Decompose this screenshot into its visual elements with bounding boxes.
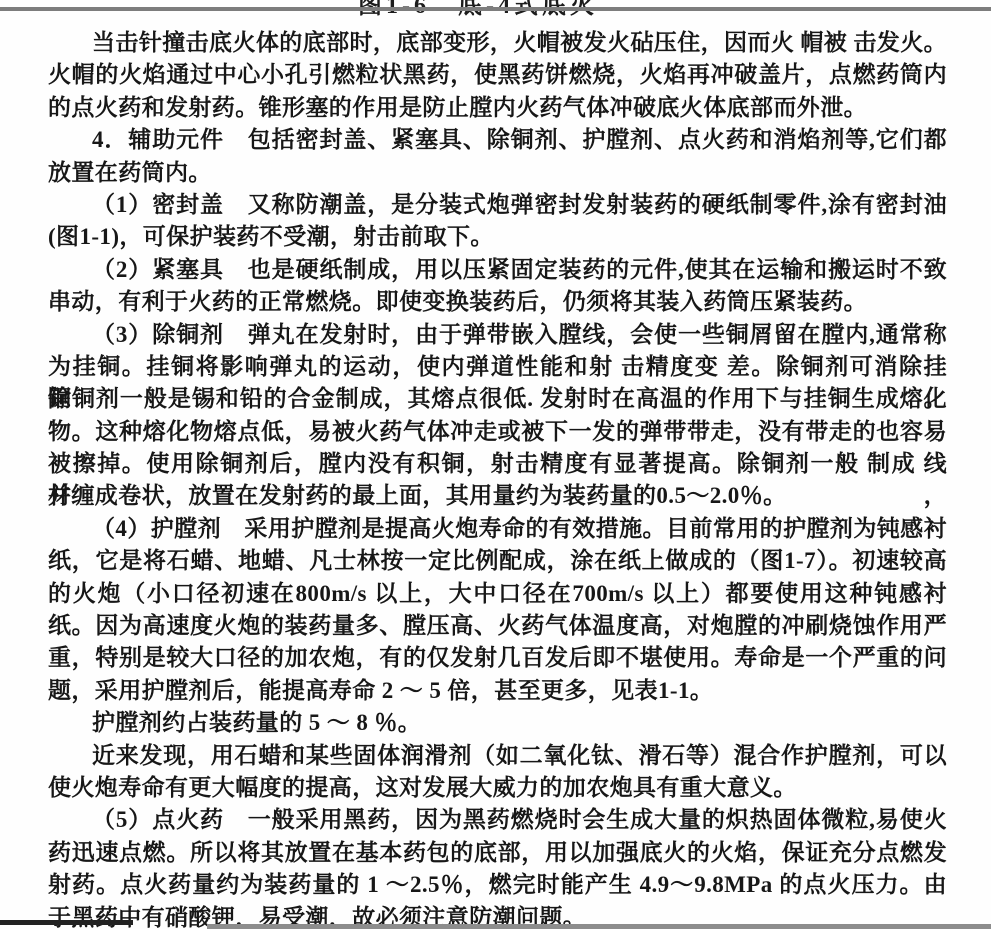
text-line: 4．辅助元件 包括密封盖、紧塞具、除铜剂、护膛剂、点火药和消焰剂等,它们都 [48,124,947,156]
text-line: （1）密封盖 又称防潮盖，是分装式炮弹密封发射装药的硬纸制零件,涂有密封油 [48,189,947,221]
page-bottom-rule-gray [207,924,991,929]
text-line: 射药。点火药量约为装药量的 1 ～2.5％，燃完时能产生 4.9～9.8MPa … [48,869,947,901]
text-line: 药迅速点燃。所以将其放置在基本药包的底部，用以加强底火的火焰，保证充分点燃发 [48,837,947,869]
text-line: （4）护膛剂 采用护膛剂是提高火炮寿命的有效措施。目前常用的护膛剂为钝感衬 [48,513,947,545]
text-line: 护膛剂约占装药量的 5 ～ 8 ％。 [48,707,947,739]
text-line: 重，特别是较大口径的加农炮，有的仅发射几百发后即不堪使用。寿命是一个严重的问 [48,642,947,674]
scanned-document-page: 图1-6 底-4式底火 当击针撞击底火体的底部时，底部变形，火帽被发火砧压住，因… [0,0,991,929]
text-line: （3）除铜剂 弹丸在发射时，由于弹带嵌入膛线，会使一些铜屑留在膛内,通常称 [48,319,947,351]
text-line: 当击针撞击底火体的底部时，底部变形，火帽被发火砧压住，因而火 帽被 击发火。 [48,27,947,59]
text-line: 放置在药筒内。 [48,157,947,189]
document-body: 当击针撞击底火体的底部时，底部变形，火帽被发火砧压住，因而火 帽被 击发火。火帽… [48,27,947,929]
text-line: 除铜剂一般是锡和铅的合金制成，其熔点很低. 发射时在高温的作用下与挂铜生成熔化 [48,383,947,415]
text-line: （2）紧塞具 也是硬纸制成，用以压紧固定装药的元件,使其在运输和搬运时不致 [48,254,947,286]
page-bottom-rule-dark [0,920,133,925]
text-line: （5）点火药 一般采用黑药，因为黑药燃烧时会生成大量的炽热固体微粒,易使火 [48,804,947,836]
text-line: 的点火药和发射药。锥形塞的作用是防止膛内火药气体冲破底火体底部而外泄。 [48,92,947,124]
text-line: 物。这种熔化物熔点低，易被火药气体冲走或被下一发的弹带带走，没有带走的也容易 [48,416,947,448]
text-line: 火帽的火焰通过中心小孔引燃粒状黑药，使黑药饼燃烧，火焰再冲破盖片，点燃药筒内 [48,59,947,91]
text-line: 纸，它是将石蜡、地蜡、凡士林按一定比例配成，涂在纸上做成的（图1-7）。初速较高 [48,545,947,577]
text-line: 纸。因为高速度火炮的装药量多、膛压高、火药气体温度高，对炮膛的冲刷烧蚀作用严 [48,610,947,642]
text-line: (图1-1)，可保护装药不受潮，射击前取下。 [48,221,947,253]
text-line: 近来发现，用石蜡和某些固体润滑剂（如二氧化钛、滑石等）混合作护膛剂，可以 [48,740,947,772]
text-line: 的火炮（小口径初速在800m/s 以上，大中口径在700m/s 以上）都要使用这… [48,578,947,610]
text-line: 为挂铜。挂铜将影响弹丸的运动，使内弹道性能和射 击精度变 差。除铜剂可消除挂铜。 [48,351,947,383]
text-line: 被擦掉。使用除铜剂后，膛内没有积铜，射击精度有显著提高。除铜剂一般 制成 线材， [48,448,947,480]
text-line: 使火炮寿命有更大幅度的提高，这对发展大威力的加农炮具有重大意义。 [48,772,947,804]
text-line: 串动，有利于火药的正常燃烧。即使变换装药后，仍须将其装入药筒压紧装药。 [48,286,947,318]
text-line: 题，采用护膛剂后，能提高寿命 2 ～ 5 倍，甚至更多，见表1-1。 [48,675,947,707]
page-top-rule [0,7,991,11]
